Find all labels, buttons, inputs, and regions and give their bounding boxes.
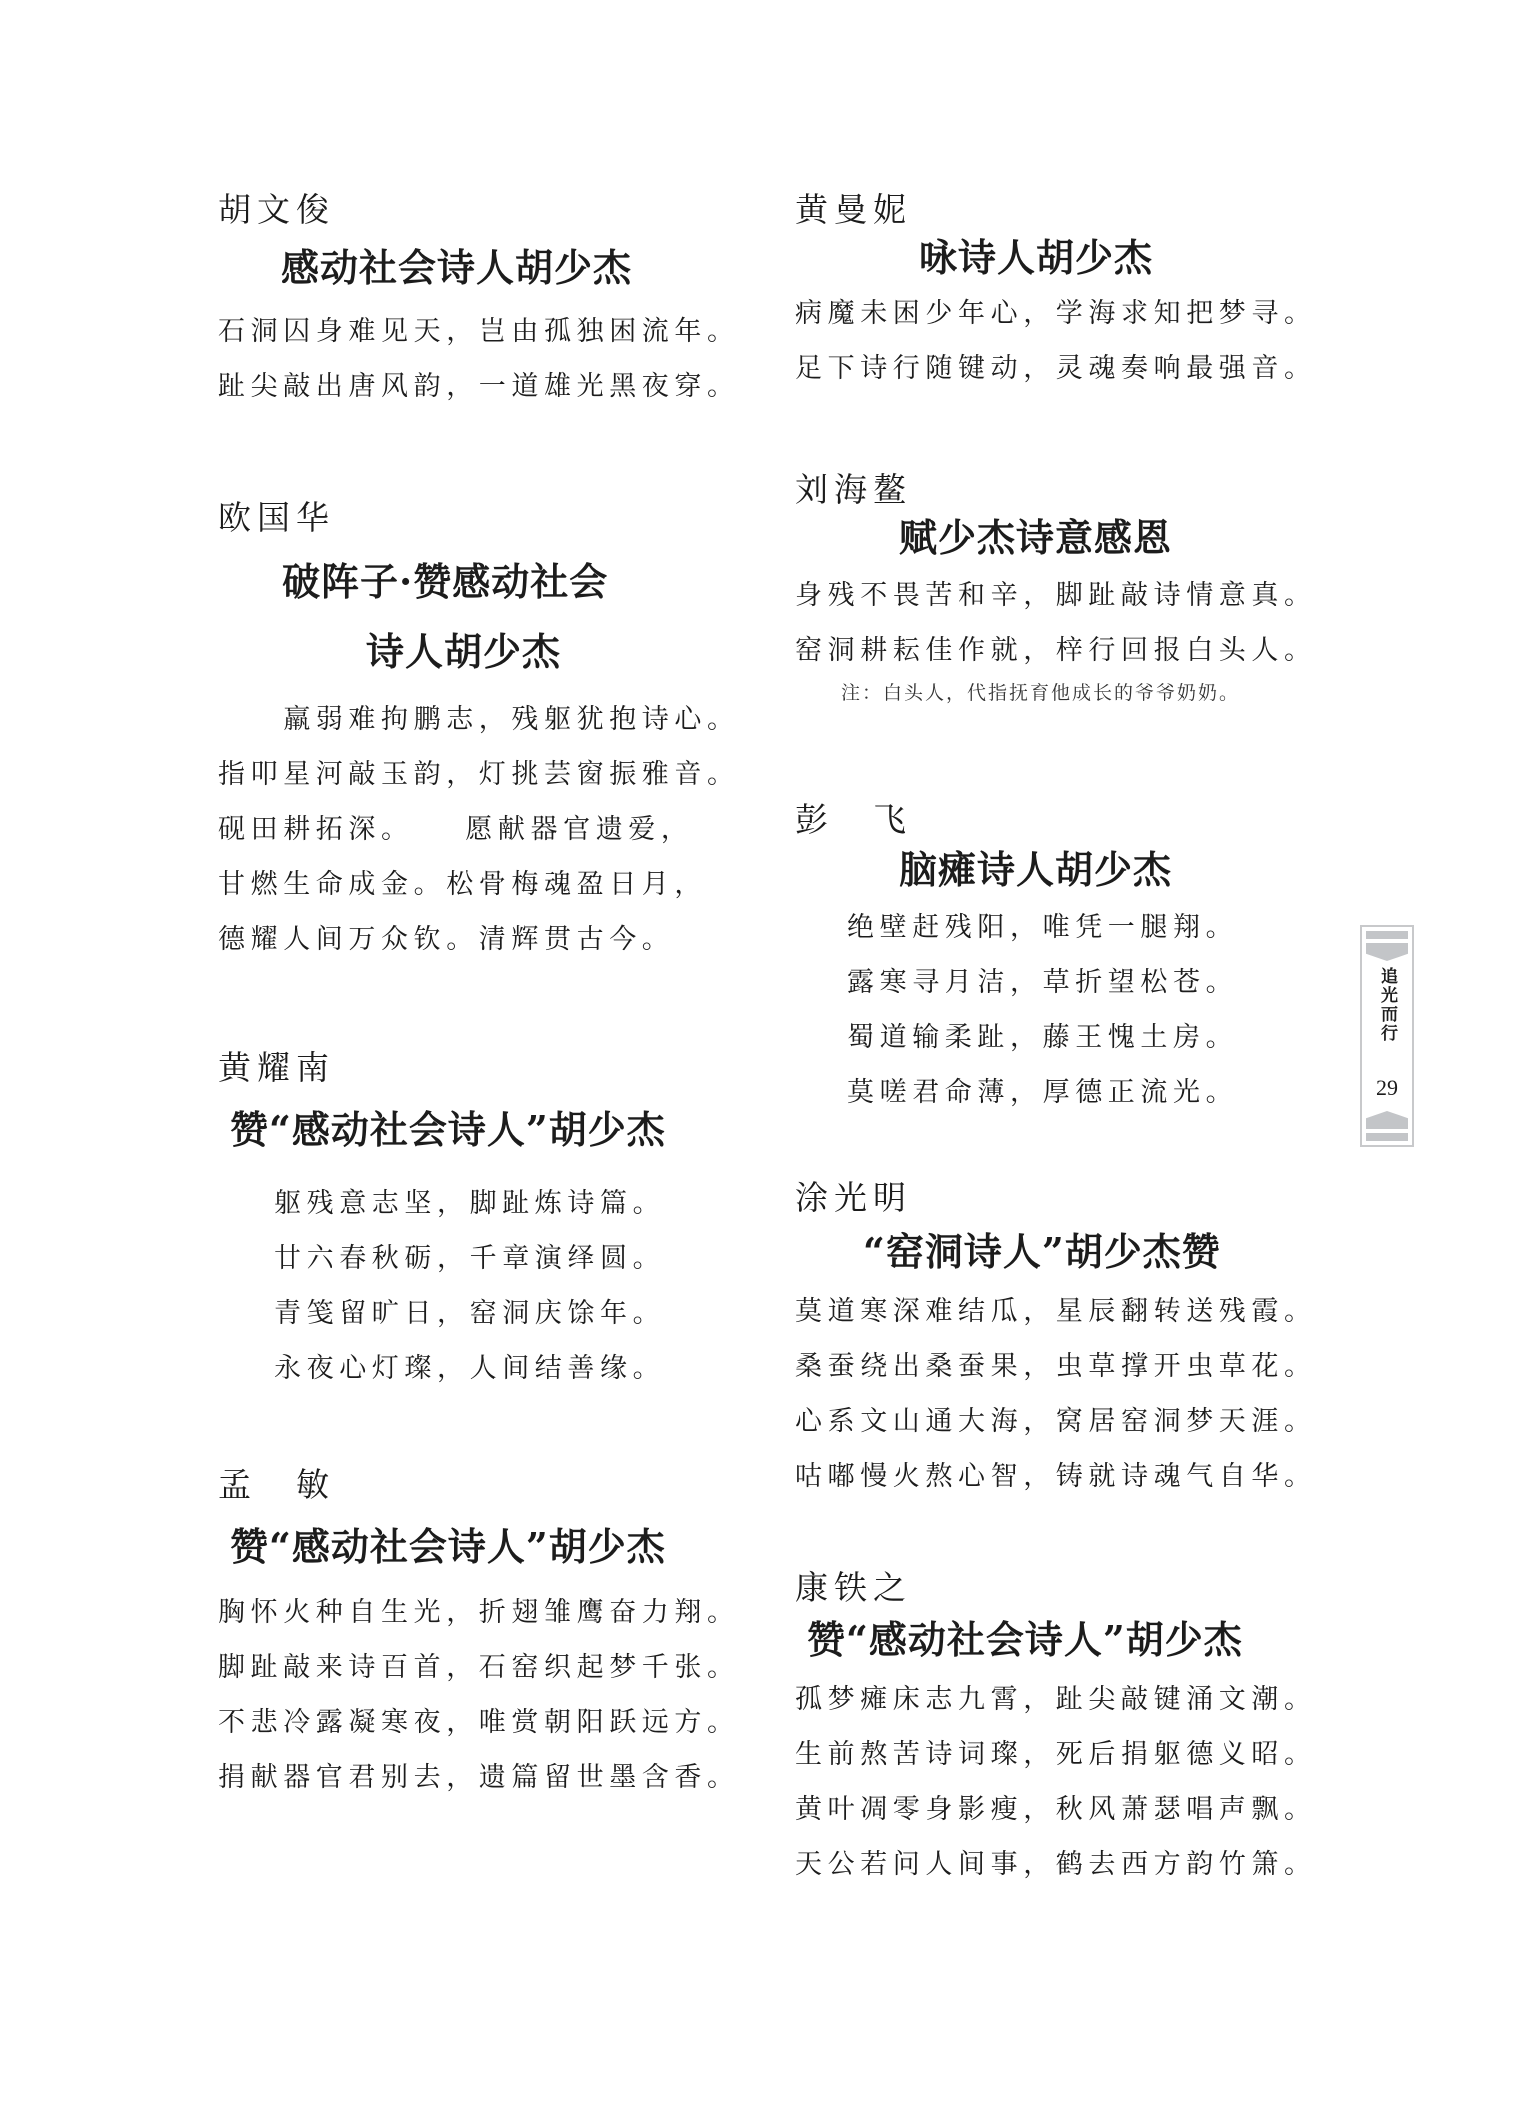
section-tab: 追光而行 29: [1360, 925, 1414, 1147]
poem-line: 身残不畏苦和辛，脚趾敲诗情意真。: [795, 568, 1315, 623]
poem-line: 莫道寒深难结瓜，星辰翻转送残霞。: [795, 1284, 1315, 1339]
poem-liu-haiao: 刘海鳌 赋少杰诗意感恩 身残不畏苦和辛，脚趾敲诗情意真。 窑洞耕耘佳作就，梓行回…: [795, 470, 1315, 708]
poem-line: 廿六春秋砺，千章演绎圆。: [274, 1231, 738, 1286]
poem-line: 生前熬苦诗词璨，死后捐躯德义昭。: [795, 1727, 1315, 1782]
poem-line: 趾尖敲出唐风韵，一道雄光黑夜穿。: [218, 359, 738, 414]
poem-line: 砚田耕拓深。 愿献器官遗爱，: [218, 802, 738, 857]
poem-line: 胸怀火种自生光，折翅雏鹰奋力翔。: [218, 1585, 738, 1640]
poem-huang-manni: 黄曼妮 咏诗人胡少杰 病魔未困少年心，学海求知把梦寻。 足下诗行随键动，灵魂奏响…: [795, 190, 1315, 396]
poem-author: 黄曼妮: [795, 190, 1315, 230]
poem-huang-yaonan: 黄耀南 赞“感动社会诗人”胡少杰 躯残意志坚，脚趾炼诗篇。 廿六春秋砺，千章演绎…: [218, 1048, 738, 1396]
poem-line: 指叩星河敲玉韵，灯挑芸窗振雅音。: [218, 747, 738, 802]
tab-bar-decoration: [1366, 931, 1408, 939]
poem-line: 石洞囚身难见天，岂由孤独困流年。: [218, 304, 738, 359]
poem-line: 青笺留旷日，窑洞庆馀年。: [274, 1286, 738, 1341]
poem-author: 孟 敏: [218, 1465, 738, 1505]
poem-title: 咏诗人胡少杰: [795, 234, 1315, 282]
tab-bar-decoration: [1366, 1133, 1408, 1141]
poem-line: 躯残意志坚，脚趾炼诗篇。: [274, 1176, 738, 1231]
poem-title-line-2: 诗人胡少杰: [218, 628, 738, 676]
poem-line: 羸弱难拘鹏志，残躯犹抱诗心。: [218, 692, 738, 747]
poem-line: 德耀人间万众钦。清辉贯古今。: [218, 912, 738, 967]
poem-title: 赋少杰诗意感恩: [795, 514, 1315, 562]
poem-author: 刘海鳌: [795, 470, 1315, 510]
poem-title: 赞“感动社会诗人”胡少杰: [218, 1106, 738, 1154]
poem-line: 甘燃生命成金。松骨梅魂盈日月，: [218, 857, 738, 912]
poem-line: 天公若问人间事，鹤去西方韵竹箫。: [795, 1837, 1315, 1892]
poem-peng-fei: 彭 飞 脑瘫诗人胡少杰 绝壁赶残阳，唯凭一腿翔。 露寒寻月洁，草折望松苍。 蜀道…: [795, 800, 1315, 1120]
poem-line: 桑蚕绕出桑蚕果，虫草撑开虫草花。: [795, 1339, 1315, 1394]
poem-title: 赞“感动社会诗人”胡少杰: [795, 1616, 1315, 1664]
poem-footnote: 注：白头人，代指抚育他成长的爷爷奶奶。: [795, 678, 1315, 708]
poem-line: 莫嗟君命薄，厚德正流光。: [847, 1065, 1315, 1120]
tab-chevron-decoration-icon: [1366, 1111, 1408, 1129]
poem-line: 绝壁赶残阳，唯凭一腿翔。: [847, 900, 1315, 955]
poem-title: 感动社会诗人胡少杰: [218, 244, 738, 292]
poem-line: 永夜心灯璨，人间结善缘。: [274, 1341, 738, 1396]
poem-line: 窑洞耕耘佳作就，梓行回报白头人。: [795, 623, 1315, 678]
poem-title: 赞“感动社会诗人”胡少杰: [218, 1523, 738, 1571]
poem-line: 蜀道输柔趾，藤王愧土房。: [847, 1010, 1315, 1065]
poem-title: “窑洞诗人”胡少杰赞: [795, 1228, 1315, 1276]
poem-hu-wenjun: 胡文俊 感动社会诗人胡少杰 石洞囚身难见天，岂由孤独困流年。 趾尖敲出唐风韵，一…: [218, 190, 738, 414]
poem-ou-guohua: 欧国华 破阵子·赞感动社会 诗人胡少杰 羸弱难拘鹏志，残躯犹抱诗心。 指叩星河敲…: [218, 498, 738, 967]
page-number: 29: [1362, 1075, 1412, 1101]
poem-title: 脑瘫诗人胡少杰: [795, 846, 1315, 894]
poem-title: 破阵子·赞感动社会: [218, 558, 738, 606]
poem-line: 足下诗行随键动，灵魂奏响最强音。: [795, 341, 1315, 396]
tab-chevron-decoration-icon: [1366, 943, 1408, 961]
poem-line: 露寒寻月洁，草折望松苍。: [847, 955, 1315, 1010]
poem-line: 病魔未困少年心，学海求知把梦寻。: [795, 286, 1315, 341]
poem-line: 心系文山通大海，窝居窑洞梦天涯。: [795, 1394, 1315, 1449]
poem-author: 彭 飞: [795, 800, 1315, 840]
poem-line: 不悲冷露凝寒夜，唯赏朝阳跃远方。: [218, 1695, 738, 1750]
poem-author: 欧国华: [218, 498, 738, 538]
poem-line: 咕嘟慢火熬心智，铸就诗魂气自华。: [795, 1449, 1315, 1504]
poem-line: 脚趾敲来诗百首，石窑织起梦千张。: [218, 1640, 738, 1695]
poem-author: 黄耀南: [218, 1048, 738, 1088]
poem-author: 康铁之: [795, 1568, 1315, 1608]
poem-line: 黄叶凋零身影瘦，秋风萧瑟唱声飘。: [795, 1782, 1315, 1837]
poem-line: 捐献器官君别去，遗篇留世墨含香。: [218, 1750, 738, 1805]
poem-tu-guangming: 涂光明 “窑洞诗人”胡少杰赞 莫道寒深难结瓜，星辰翻转送残霞。 桑蚕绕出桑蚕果，…: [795, 1178, 1315, 1504]
running-title: 追光而行: [1376, 967, 1398, 1043]
poem-line: 孤梦瘫床志九霄，趾尖敲键涌文潮。: [795, 1672, 1315, 1727]
poem-meng-min: 孟 敏 赞“感动社会诗人”胡少杰 胸怀火种自生光，折翅雏鹰奋力翔。 脚趾敲来诗百…: [218, 1465, 738, 1805]
poem-author: 涂光明: [795, 1178, 1315, 1218]
poem-kang-tiezhi: 康铁之 赞“感动社会诗人”胡少杰 孤梦瘫床志九霄，趾尖敲键涌文潮。 生前熬苦诗词…: [795, 1568, 1315, 1892]
poem-author: 胡文俊: [218, 190, 738, 230]
